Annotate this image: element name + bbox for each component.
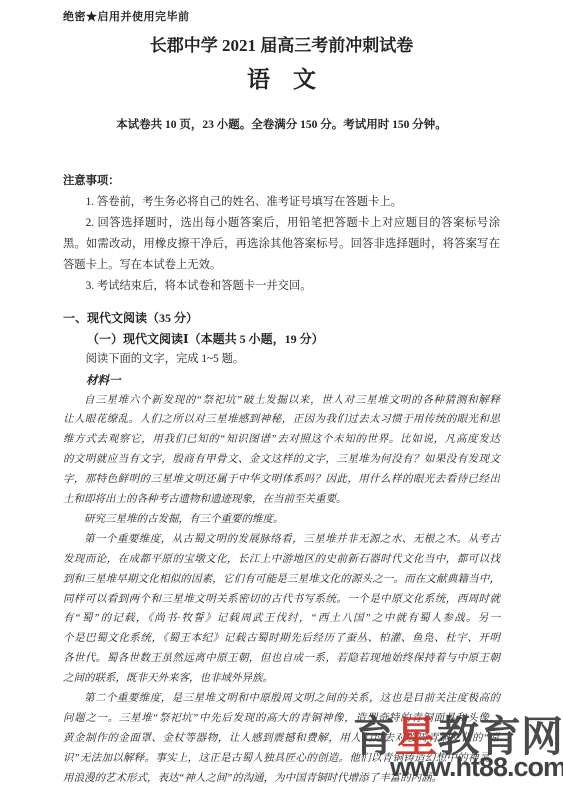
text-line: 第二个重要维度，是三星堆文明和中原殷周文明之间的关系，这也是目前关注度极高的 (63, 689, 500, 709)
text-line: 各世代。蜀各世数王虽然远离中原王朝，但也自成一系，若隐若现地始终保持着与中原王朝 (63, 649, 500, 669)
material-paragraph: 研究三星堆的古发掘，有三个重要的维度。 (63, 510, 500, 530)
text-line: 维方式去观察它，用我们已知的“知识图谱”去对照这个未知的世界。比如说，凡高度发达 (63, 430, 500, 450)
text-line: 字，那特色鲜明的三星堆文明还属于中华文明体系吗？因此，用什么样的眼光去看待已经出 (63, 470, 500, 490)
text-line: 让人眼花缭乱。人们之所以对三星堆感到神秘，正因为我们过去太习惯于用传统的眼光和思 (63, 410, 500, 430)
text-line: 问题之一。三星堆“祭祀坑”中先后发现的高大的青铜神像，造型奇特的青铜面具和头像， (63, 709, 500, 729)
text-line: 有“蜀”的记载，《尚书·牧誓》记载周武王伐纣，“西土八国”之中就有蜀人参战。另一 (63, 609, 500, 629)
exam-paper-page: 绝密★启用并使用完毕前 长郡中学 2021 届高三考前冲刺试卷 语 文 本试卷共… (0, 0, 563, 788)
text-line: 黑。如需改动，用橡皮擦干净后，再选涂其他答案标号。回答非选择题时，将答案写在 (63, 234, 500, 255)
exam-info-line: 本试卷共 10 页，23 小题。全卷满分 150 分。考试用时 150 分钟。 (63, 116, 500, 134)
text-line: 用浪漫的艺术形式，表达“神人之间”的沟通，为中国青铜时代增添了丰富的内涵。 (63, 769, 500, 788)
notices-list: 1. 答卷前，考生务必将自己的姓名、准考证号填写在答题卡上。2. 回答选择题时，… (63, 192, 500, 297)
section-subheading: （一）现代文阅读Ⅰ（本题共 5 小题，19 分） (63, 329, 500, 350)
text-line: 第一个重要维度，从古蜀文明的发展脉络看，三星堆并非无源之水、无根之木。从考古 (63, 530, 500, 550)
notices-heading: 注意事项： (63, 171, 500, 192)
text-line: 发现而论，在成都平原的宝墩文化，长江上中游地区的史前新石器时代文化当中，都可以找 (63, 550, 500, 570)
material-paragraph: 第一个重要维度，从古蜀文明的发展脉络看，三星堆并非无源之水、无根之木。从考古发现… (63, 530, 500, 689)
text-line: 3. 考试结束后，将本试卷和答题卡一并交回。 (63, 276, 500, 297)
notice-item: 3. 考试结束后，将本试卷和答题卡一并交回。 (63, 276, 500, 297)
notices-block: 注意事项： 1. 答卷前，考生务必将自己的姓名、准考证号填写在答题卡上。2. 回… (63, 171, 500, 297)
material-paragraph: 第二个重要维度，是三星堆文明和中原殷周文明之间的关系，这也是目前关注度极高的问题… (63, 689, 500, 788)
reading-section: 一、现代文阅读（35 分） （一）现代文阅读Ⅰ（本题共 5 小题，19 分） 阅… (63, 308, 500, 788)
material-paragraphs: 自三星堆六个新发现的“祭祀坑”破土发掘以来，世人对三星堆文明的各种猜测和解释让人… (63, 391, 500, 788)
text-line: 识”无法加以解释。事实上，这正是古蜀人独具匠心的创造。他们以青铜铸造幻想中的神灵… (63, 749, 500, 769)
section-instruction: 阅读下面的文字，完成 1~5 题。 (63, 349, 500, 370)
text-line: 的文明就应当有文字，殷商有甲骨文、金文这样的文字，三星堆为何没有？如果没有发现文 (63, 450, 500, 470)
text-line: 个是巴蜀文化系统，《蜀王本纪》记载古蜀时期先后经历了蚕丛、柏灌、鱼凫、杜宇、开明 (63, 629, 500, 649)
material-paragraph: 自三星堆六个新发现的“祭祀坑”破土发掘以来，世人对三星堆文明的各种猜测和解释让人… (63, 391, 500, 510)
text-line: 黄金制作的金面罩、金杖等器物，让人感到震撼和费解，用人们过去对殷周青铜文化的“常 (63, 729, 500, 749)
text-line: 答题卡上。写在本试卷上无效。 (63, 255, 500, 276)
text-line: 2. 回答选择题时，选出每小题答案后，用铅笔把答题卡上对应题目的答案标号涂 (63, 213, 500, 234)
notice-item: 2. 回答选择题时，选出每小题答案后，用铅笔把答题卡上对应题目的答案标号涂黑。如… (63, 213, 500, 276)
subject-title: 语 文 (63, 64, 500, 96)
material-label: 材料一 (63, 372, 500, 391)
text-line: 土和即将出土的各种考古遗物和遗迹现象，在当前至关重要。 (63, 490, 500, 510)
text-line: 到和三星堆早期文化相似的因素，它们有可能是三星堆文化的源头之一。而在文献典籍当中… (63, 570, 500, 590)
section-heading: 一、现代文阅读（35 分） (63, 308, 500, 329)
secrecy-notice: 绝密★启用并使用完毕前 (63, 8, 190, 24)
text-line: 自三星堆六个新发现的“祭祀坑”破土发掘以来，世人对三星堆文明的各种猜测和解释 (63, 391, 500, 411)
notice-item: 1. 答卷前，考生务必将自己的姓名、准考证号填写在答题卡上。 (63, 192, 500, 213)
paper-header: 长郡中学 2021 届高三考前冲刺试卷 语 文 本试卷共 10 页，23 小题。… (63, 34, 500, 134)
text-line: 同样可以看到两个和三星堆文明关系密切的古代书写系统。一个是中原文化系统，西周时就 (63, 590, 500, 610)
text-line: 1. 答卷前，考生务必将自己的姓名、准考证号填写在答题卡上。 (63, 192, 500, 213)
text-line: 之间的联系，既非天外来客，也非域外异族。 (63, 669, 500, 689)
exam-title: 长郡中学 2021 届高三考前冲刺试卷 (63, 34, 500, 58)
text-line: 研究三星堆的古发掘，有三个重要的维度。 (63, 510, 500, 530)
